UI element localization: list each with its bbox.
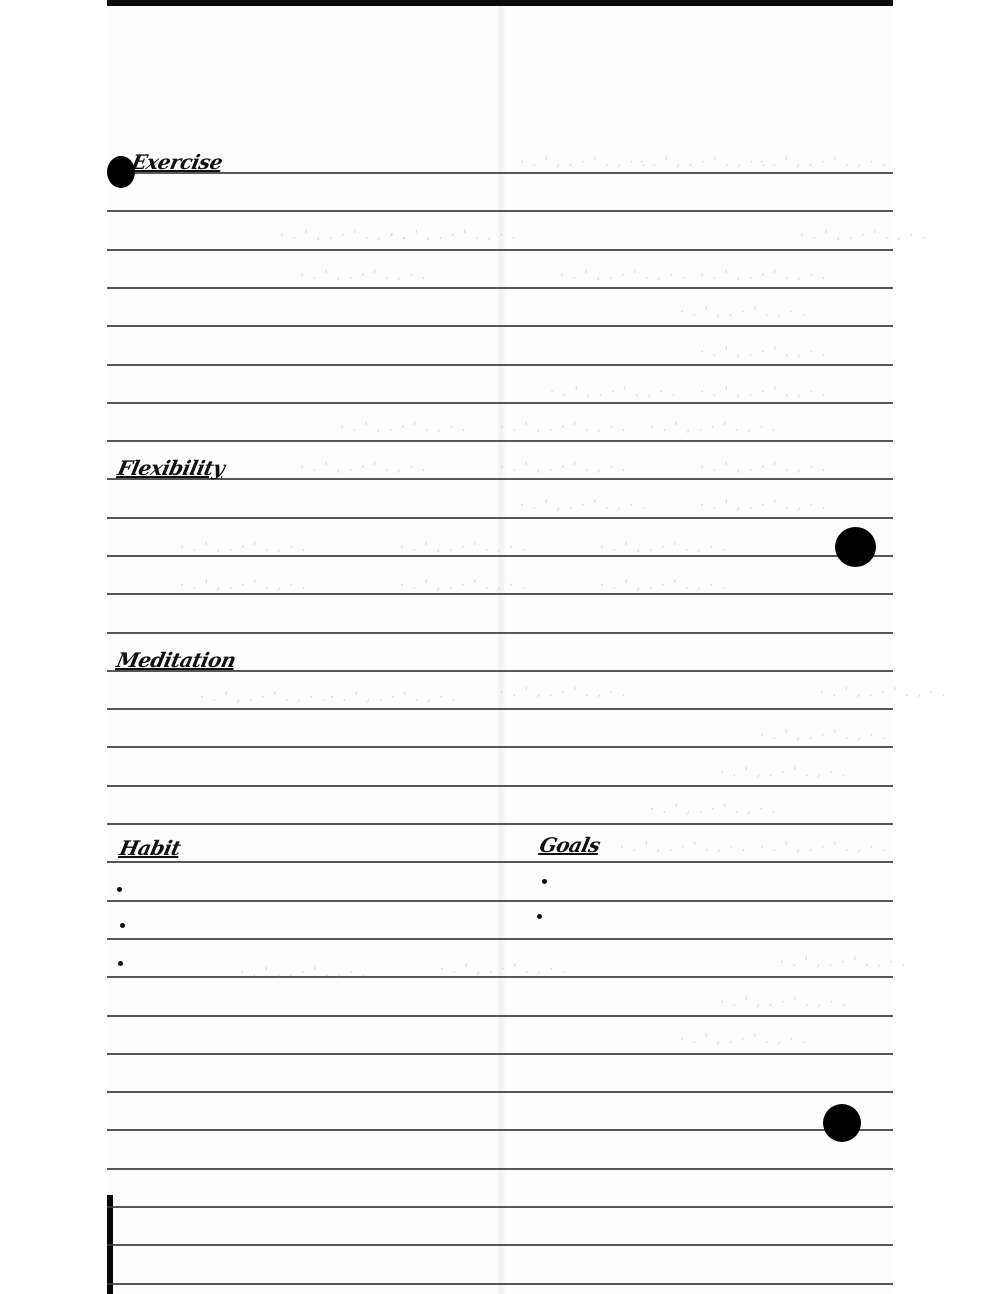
ruled-line [107, 785, 893, 787]
bleed-through-mark: · . ' , . · ' . , · . [600, 578, 728, 593]
bleed-through-mark: · . ' , . · ' . , · . [720, 995, 848, 1010]
bleed-through-mark: · . ' , . · ' . , · . [240, 965, 368, 980]
bleed-through-mark: · . ' , . · ' . , · . [560, 268, 688, 283]
bleed-through-mark: · . ' , . · ' . , · . [300, 268, 428, 283]
page-top-edge [107, 0, 893, 6]
bleed-through-mark: · . ' , . · ' . , · . [180, 540, 308, 555]
ruled-line [107, 325, 893, 327]
bleed-through-mark: · . ' , . · ' . , · . [700, 268, 828, 283]
ruled-line [107, 517, 893, 519]
ruled-line [107, 1283, 893, 1285]
bleed-through-mark: · . ' , . · ' . , · . [330, 690, 458, 705]
heading-meditation: Meditation [114, 648, 237, 672]
bleed-through-mark: · . ' , . · ' . , · . [820, 685, 948, 700]
bleed-through-mark: · . ' , . · ' . , · . [760, 728, 888, 743]
ruled-line [107, 440, 893, 442]
ruled-line [107, 708, 893, 710]
ruled-line [107, 1244, 893, 1246]
ruled-line [107, 938, 893, 940]
ruled-line [107, 364, 893, 366]
bleed-through-mark: · . ' , . · ' . , · . [650, 802, 778, 817]
bleed-through-mark: · . ' , . · ' . , · . [300, 460, 428, 475]
habit-bullet-3 [118, 961, 123, 966]
ruled-line [107, 861, 893, 863]
punch-hole-mid-right [835, 527, 876, 567]
ruled-line [107, 900, 893, 902]
bleed-through-mark: · . ' , . · ' . , · . [180, 578, 308, 593]
ruled-line [107, 1053, 893, 1055]
bleed-through-mark: · . ' , . · ' . , · . [440, 962, 568, 977]
bleed-through-mark: · . ' , . · ' . , · . [200, 690, 328, 705]
bleed-through-mark: · . ' , . · ' . , · . [760, 155, 888, 170]
bleed-through-mark: · . ' , . · ' . , · . [500, 460, 628, 475]
bleed-through-mark: · . ' , . · ' . , · . [640, 155, 768, 170]
ruled-line [107, 1129, 893, 1131]
punch-hole-top-left [107, 156, 135, 188]
bleed-through-mark: · . ' , . · ' . , · . [340, 420, 468, 435]
bleed-through-mark: · . ' , . · ' . , · . [700, 460, 828, 475]
ruled-line [107, 172, 893, 174]
ruled-line [107, 632, 893, 634]
ruled-line [107, 402, 893, 404]
ruled-line [107, 746, 893, 748]
bleed-through-mark: · . ' , . · ' . , · . [520, 155, 648, 170]
punch-hole-bottom-right [823, 1104, 861, 1142]
ruled-line [107, 555, 893, 557]
ruled-line [107, 823, 893, 825]
heading-exercise: Exercise [129, 150, 224, 174]
ruled-line [107, 593, 893, 595]
bleed-through-mark: · . ' , . · ' . , · . [800, 228, 928, 243]
bleed-through-mark: · . ' , . · ' . , · . [620, 840, 748, 855]
ruled-line [107, 249, 893, 251]
bleed-through-mark: · . ' , . · ' . , · . [390, 228, 518, 243]
heading-flexibility: Flexibility [115, 456, 226, 480]
ruled-line [107, 478, 893, 480]
bleed-through-mark: · . ' , . · ' . , · . [760, 840, 888, 855]
bleed-through-mark: · . ' , . · ' . , · . [780, 955, 908, 970]
bleed-through-mark: · . ' , . · ' . , · . [700, 498, 828, 513]
bleed-through-mark: · . ' , . · ' . , · . [600, 540, 728, 555]
ruled-line [107, 1091, 893, 1093]
ruled-line [107, 1015, 893, 1017]
bleed-through-mark: · . ' , . · ' . , · . [650, 420, 778, 435]
bleed-through-mark: · . ' , . · ' . , · . [500, 685, 628, 700]
bleed-through-mark: · . ' , . · ' . , · . [400, 540, 528, 555]
bleed-through-mark: · . ' , . · ' . , · . [700, 385, 828, 400]
bleed-through-mark: · . ' , . · ' . , · . [680, 305, 808, 320]
habit-bullet-2 [120, 923, 125, 928]
bleed-through-mark: · . ' , . · ' . , · . [680, 1032, 808, 1047]
center-fold-crease [496, 0, 506, 1294]
bleed-through-mark: · . ' , . · ' . , · . [550, 385, 678, 400]
ruled-line [107, 210, 893, 212]
ruled-line [107, 1168, 893, 1170]
bleed-through-mark: · . ' , . · ' . , · . [500, 420, 628, 435]
bleed-through-mark: · . ' , . · ' . , · . [400, 578, 528, 593]
heading-goals: Goals [537, 833, 602, 857]
bleed-through-mark: · . ' , . · ' . , · . [700, 345, 828, 360]
bleed-through-mark: · . ' , . · ' . , · . [520, 498, 648, 513]
ruled-line [107, 287, 893, 289]
habit-bullet-1 [117, 887, 122, 892]
heading-habit: Habit [117, 836, 182, 860]
goals-bullet-2 [537, 914, 542, 919]
ruled-line [107, 1206, 893, 1208]
bleed-through-mark: · . ' , . · ' . , · . [280, 228, 408, 243]
bleed-through-mark: · . ' , . · ' . , · . [720, 765, 848, 780]
goals-bullet-1 [542, 879, 547, 884]
